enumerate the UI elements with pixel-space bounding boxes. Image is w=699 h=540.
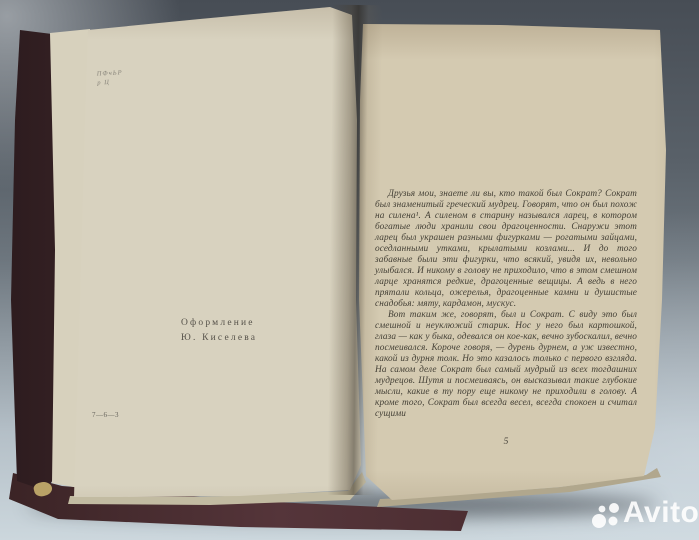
print-code: 7—6—3 — [92, 411, 119, 420]
design-credit-line1: Оформление — [181, 316, 257, 331]
pencil-note-line1: ПФчЬР — [97, 68, 123, 78]
avito-logo-icon — [585, 497, 621, 531]
design-credit-line2: Ю. Киселева — [181, 331, 257, 346]
pencil-note-line2: р Ц — [97, 77, 123, 87]
book-photo: ПФчЬР р Ц Оформление Ю. Киселева 7—6—3 Д… — [0, 0, 699, 540]
avito-watermark: Avito — [585, 494, 699, 536]
avito-wordmark: Avito — [623, 496, 699, 530]
paragraph: Вот таким же, говорят, был и Сократ. С в… — [375, 310, 637, 420]
design-credit: Оформление Ю. Киселева — [181, 316, 257, 346]
body-text: Друзья мои, знаете ли вы, кто такой был … — [375, 189, 637, 420]
page-number: 5 — [375, 437, 637, 447]
pencil-note: ПФчЬР р Ц — [97, 68, 124, 87]
paragraph: Друзья мои, знаете ли вы, кто такой был … — [375, 189, 637, 310]
